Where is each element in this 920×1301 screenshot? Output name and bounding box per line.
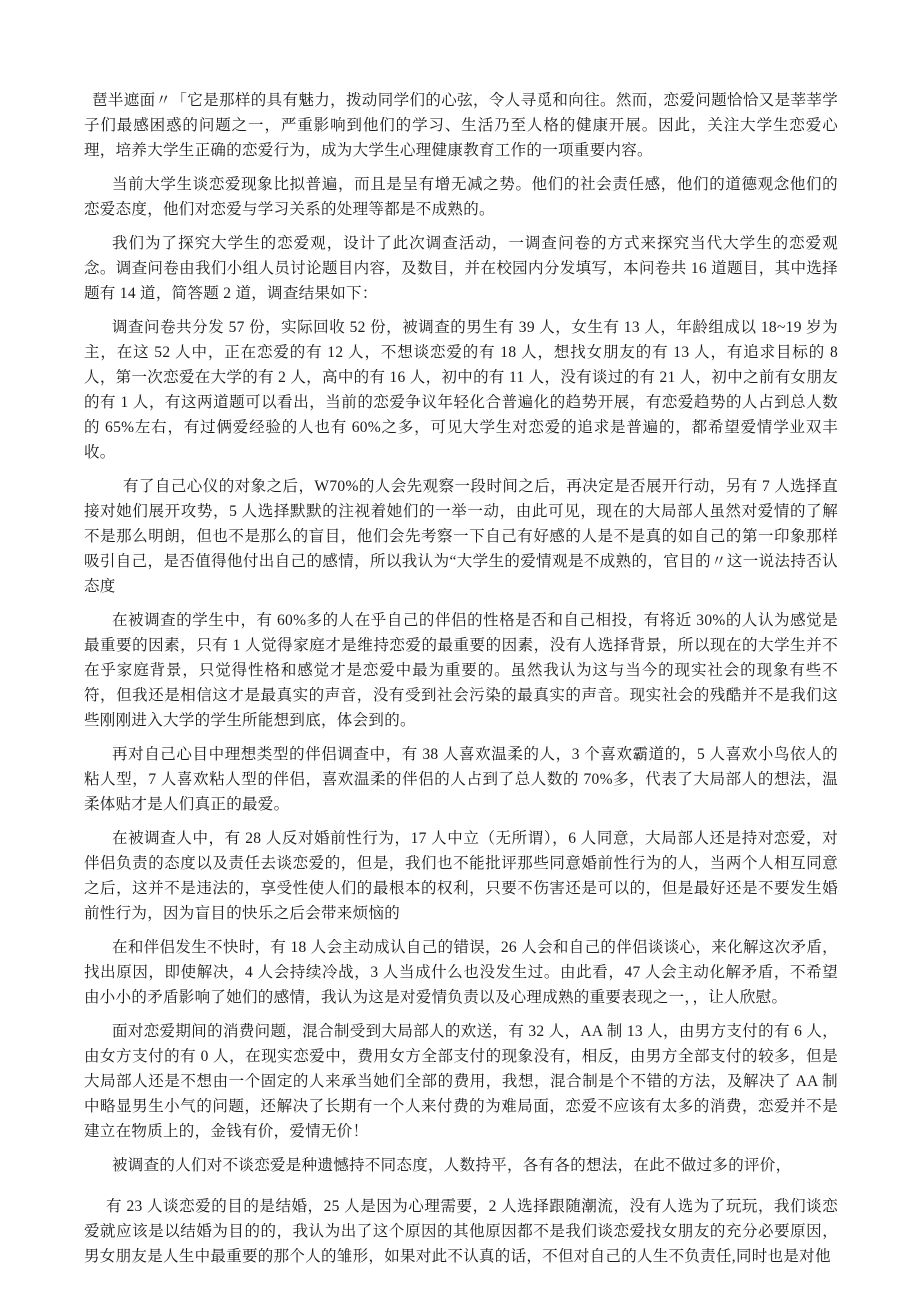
paragraph-current-trend: 当前大学生谈恋爱现象比拟普遍，而且是呈有增无减之势。他们的社会责任感，他们的道德… [84, 172, 838, 222]
paragraph-intro: 琶半遮面〃「它是那样的具有魅力，拨动同学们的心弦，令人寻觅和向往。然而，恋爱问题… [84, 88, 838, 163]
paragraph-survey-stats: 调查问卷共分发 57 份，实际回收 52 份，被调查的男生有 39 人，女生有 … [84, 315, 838, 465]
paragraph-love-purpose: 有 23 人谈恋爱的目的是结婚，25 人是因为心理需要，2 人选择跟随潮流，没有… [84, 1194, 838, 1269]
paragraph-survey-design: 我们为了探究大学生的恋爱观，设计了此次调查活动，一调查问卷的方式来探究当代大学生… [84, 231, 838, 306]
document-page: 琶半遮面〃「它是那样的具有魅力，拨动同学们的心弦，令人寻觅和向往。然而，恋爱问题… [0, 0, 920, 1301]
paragraph-pursuit-behavior: 有了自己心仪的对象之后，W70%的人会先观察一段时间之后，再决定是否展开行动，另… [84, 474, 838, 599]
paragraph-partner-factors: 在被调查的学生中，有 60%多的人在乎自己的伴侣的性格是否和自己相投，有将近 3… [84, 608, 838, 733]
paragraph-ideal-partner: 再对自己心目中理想类型的伴侣调查中，有 38 人喜欢温柔的人，3 个喜欢霸道的，… [84, 742, 838, 817]
paragraph-premarital-views: 在被调查人中，有 28 人反对婚前性行为，17 人中立（无所谓），6 人同意，大… [84, 826, 838, 926]
paragraph-spending: 面对恋爱期间的消费问题，混合制受到大局部人的欢送，有 32 人，AA 制 13 … [84, 1019, 838, 1144]
paragraph-conflict-handling: 在和伴侣发生不快时，有 18 人会主动成认自己的错误，26 人会和自己的伴侣谈谈… [84, 935, 838, 1010]
paragraph-no-love-regret: 被调查的人们对不谈恋爱是种遗憾持不同态度，人数持平，各有各的想法，在此不做过多的… [84, 1153, 838, 1178]
